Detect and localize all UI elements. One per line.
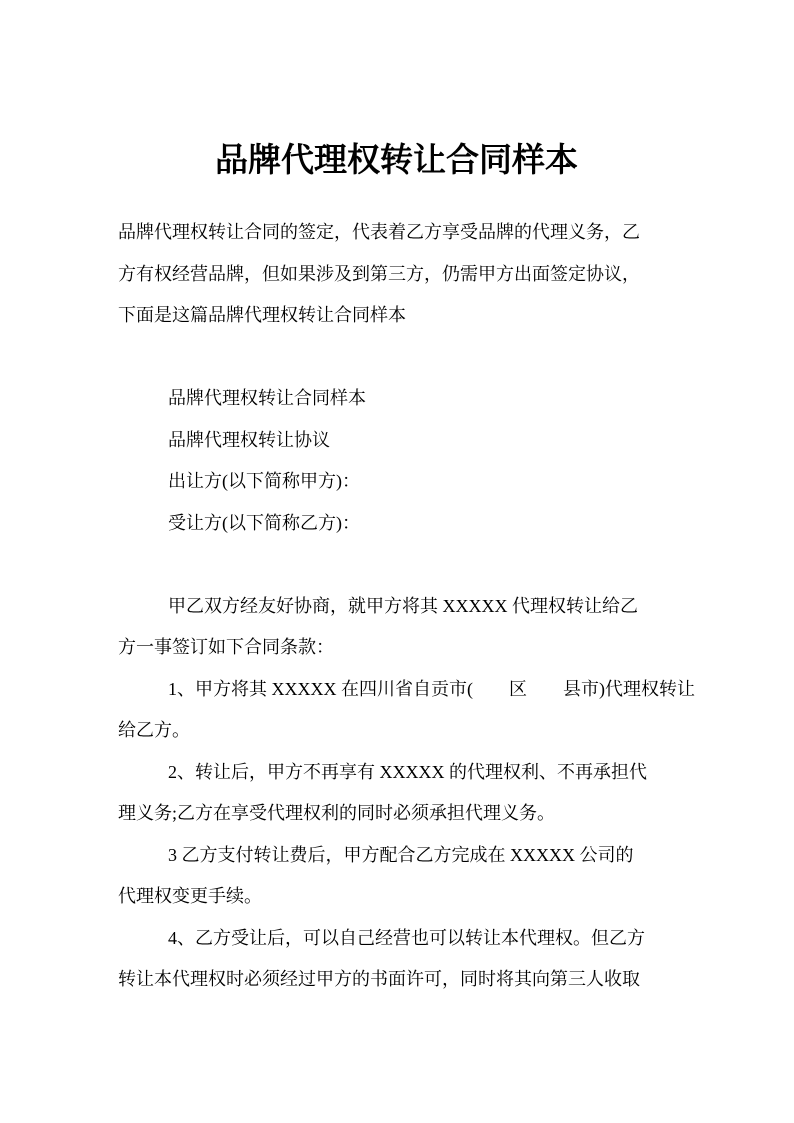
preamble-line-1: 甲乙双方经友好协商，就甲方将其 XXXXX 代理权转让给乙 — [118, 586, 675, 628]
blank-line — [118, 544, 675, 586]
clause-2-line-2: 理义务;乙方在享受代理权利的同时必须承担代理义务。 — [118, 793, 675, 835]
document-body: 品牌代理权转让合同的签定，代表着乙方享受品牌的代理义务，乙 方有权经营品牌，但如… — [118, 212, 675, 1001]
document-title: 品牌代理权转让合同样本 — [118, 139, 675, 184]
clause-4-line-2: 转让本代理权时必须经过甲方的书面许可，同时将其向第三人收取 — [118, 959, 675, 1001]
party-a-line: 出让方(以下简称甲方)： — [118, 461, 675, 503]
clause-3-line-1: 3 乙方支付转让费后，甲方配合乙方完成在 XXXXX 公司的 — [118, 835, 675, 877]
intro-line-2: 方有权经营品牌，但如果涉及到第三方，仍需甲方出面签定协议， — [118, 254, 675, 296]
clause-1-line-1: 1、甲方将其 XXXXX 在四川省自贡市( 区 县市)代理权转让 — [118, 669, 675, 711]
clause-2-line-1: 2、转让后，甲方不再享有 XXXXX 的代理权利、不再承担代 — [118, 752, 675, 794]
document-page: 品牌代理权转让合同样本 品牌代理权转让合同的签定，代表着乙方享受品牌的代理义务，… — [0, 0, 794, 1123]
clause-4-line-1: 4、乙方受让后，可以自己经营也可以转让本代理权。但乙方 — [118, 918, 675, 960]
clause-3-line-2: 代理权变更手续。 — [118, 876, 675, 918]
intro-line-3: 下面是这篇品牌代理权转让合同样本 — [118, 295, 675, 337]
party-b-line: 受让方(以下简称乙方)： — [118, 503, 675, 545]
blank-line — [118, 337, 675, 379]
intro-line-1: 品牌代理权转让合同的签定，代表着乙方享受品牌的代理义务，乙 — [118, 212, 675, 254]
clause-1-line-2: 给乙方。 — [118, 710, 675, 752]
subtitle-line: 品牌代理权转让合同样本 — [118, 378, 675, 420]
agreement-name-line: 品牌代理权转让协议 — [118, 420, 675, 462]
preamble-line-2: 方一事签订如下合同条款： — [118, 627, 675, 669]
